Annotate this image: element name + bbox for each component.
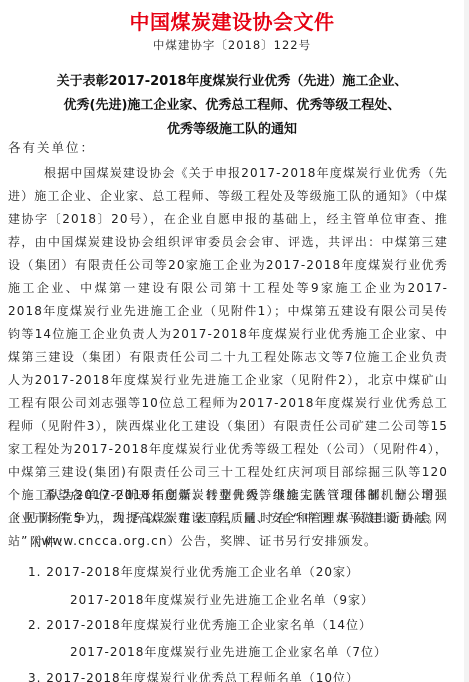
attachment-item-1: 1. 2017-2018年度煤炭行业优秀施工企业名单（20家） <box>28 563 359 580</box>
attachment-number: 1. <box>28 565 41 579</box>
attachment-text: 2017-2018年度煤炭行业优秀施工企业家名单（14位） <box>46 618 372 632</box>
doc-number: 中煤建协字〔2018〕122号 <box>0 37 464 53</box>
body-paragraph-2-text: 希望各单位不断开拓创新、转型升级，继续完善管理体制机制，增强企业市场竞争力，为提… <box>8 488 448 525</box>
attachment-item-1b: 2017-2018年度煤炭行业先进施工企业名单（9家） <box>70 591 374 608</box>
attachments-label: 附件： <box>30 533 72 550</box>
body-paragraph-2: 希望各单位不断开拓创新、转型升级，继续完善管理体制机制，增强企业市场竞争力，为提… <box>8 484 448 530</box>
attachment-item-2b: 2017-2018年度煤炭行业先进施工企业家名单（7位） <box>70 643 387 660</box>
salutation: 各有关单位： <box>8 138 95 156</box>
attachment-number: 3. <box>28 671 41 682</box>
headline-line-1: 关于表彰2017-2018年度煤炭行业优秀（先进）施工企业、 <box>0 70 464 94</box>
attachment-item-3: 3. 2017-2018年度煤炭行业优秀总工程师名单（10位） <box>28 669 359 682</box>
attachment-text: 2017-2018年度煤炭行业先进施工企业名单（9家） <box>70 593 374 607</box>
attachment-number: 2. <box>28 618 41 632</box>
attachment-text: 2017-2018年度煤炭行业优秀施工企业名单（20家） <box>46 565 359 579</box>
attachment-item-2: 2. 2017-2018年度煤炭行业优秀施工企业家名单（14位） <box>28 616 372 633</box>
document-page: 中国煤炭建设协会文件 中煤建协字〔2018〕122号 关于表彰2017-2018… <box>0 0 464 682</box>
attachment-text: 2017-2018年度煤炭行业先进施工企业家名单（7位） <box>70 645 387 659</box>
org-title: 中国煤炭建设协会文件 <box>0 6 464 35</box>
attachment-text: 2017-2018年度煤炭行业优秀总工程师名单（10位） <box>46 671 359 682</box>
headline-line-2: 优秀(先进)施工企业家、优秀总工程师、优秀等级工程处、 <box>0 94 464 118</box>
scrollbar-track[interactable] <box>464 0 469 682</box>
